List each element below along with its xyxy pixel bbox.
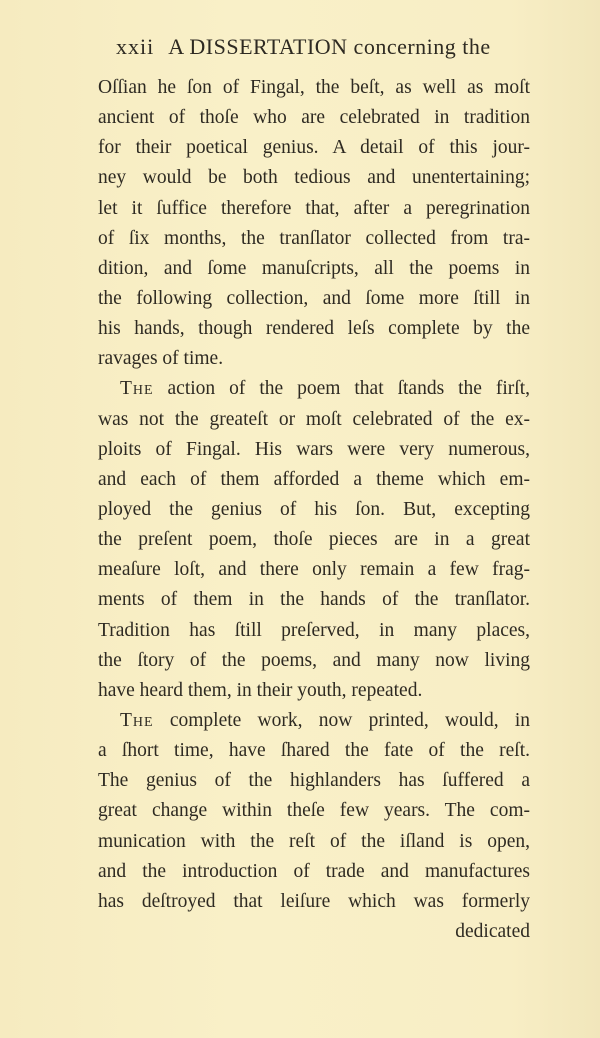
text-line: has deſtroyed that leiſure which was for… — [98, 887, 530, 917]
text-line: ancient of thoſe who are celebrated in t… — [98, 103, 530, 133]
text-line: Oſſian he ſon of Fingal, the beſt, as we… — [98, 73, 530, 103]
small-caps-lead: The — [120, 710, 154, 731]
text-line: a ſhort time, have ſhared the fate of th… — [98, 736, 530, 766]
catchword: dedicated — [98, 917, 530, 947]
text-line: let it ſuffice therefore that, after a p… — [98, 194, 530, 224]
text-line: meaſure loſt, and there only remain a fe… — [98, 555, 530, 585]
text-line: Tradition has ſtill preſerved, in many p… — [98, 616, 530, 646]
book-page: xxii A DISSERTATION concerning the Oſſia… — [0, 0, 600, 1038]
text-line: his hands, though rendered leſs complete… — [98, 314, 530, 344]
text-line: of ſix months, the tranſlator collected … — [98, 224, 530, 254]
paragraph-opening-line: The action of the poem that ſtands the f… — [98, 374, 530, 404]
text-line: the following collection, and ſome more … — [98, 284, 530, 314]
text-line: munication with the reſt of the iſland i… — [98, 827, 530, 857]
text-line: and each of them afforded a theme which … — [98, 465, 530, 495]
text-line: was not the greateſt or moſt celebrated … — [98, 405, 530, 435]
running-title: A DISSERTATION concerning the — [168, 32, 490, 62]
small-caps-lead: The — [120, 378, 154, 399]
text-line: and the introduction of trade and manufa… — [98, 857, 530, 887]
running-head: xxii A DISSERTATION concerning the — [116, 32, 536, 62]
text-line: the ſtory of the poems, and many now liv… — [98, 646, 530, 676]
body-text: Oſſian he ſon of Fingal, the beſt, as we… — [98, 73, 530, 947]
text-line: The genius of the highlanders has ſuffer… — [98, 766, 530, 796]
text-line: great change within theſe few years. The… — [98, 796, 530, 826]
page-number: xxii — [116, 32, 154, 62]
text-line: ravages of time. — [98, 344, 530, 374]
text-line: ployed the genius of his ſon. But, excep… — [98, 495, 530, 525]
paragraph-opening-line: The complete work, now printed, would, i… — [98, 706, 530, 736]
text-line: the preſent poem, thoſe pieces are in a … — [98, 525, 530, 555]
text-line: have heard them, in their youth, repeate… — [98, 676, 530, 706]
text-line: ments of them in the hands of the tranſl… — [98, 585, 530, 615]
text-line: for their poetical genius. A detail of t… — [98, 133, 530, 163]
text-line: ploits of Fingal. His wars were very num… — [98, 435, 530, 465]
text-line: ney would be both tedious and unentertai… — [98, 163, 530, 193]
text-line: dition, and ſome manuſcripts, all the po… — [98, 254, 530, 284]
